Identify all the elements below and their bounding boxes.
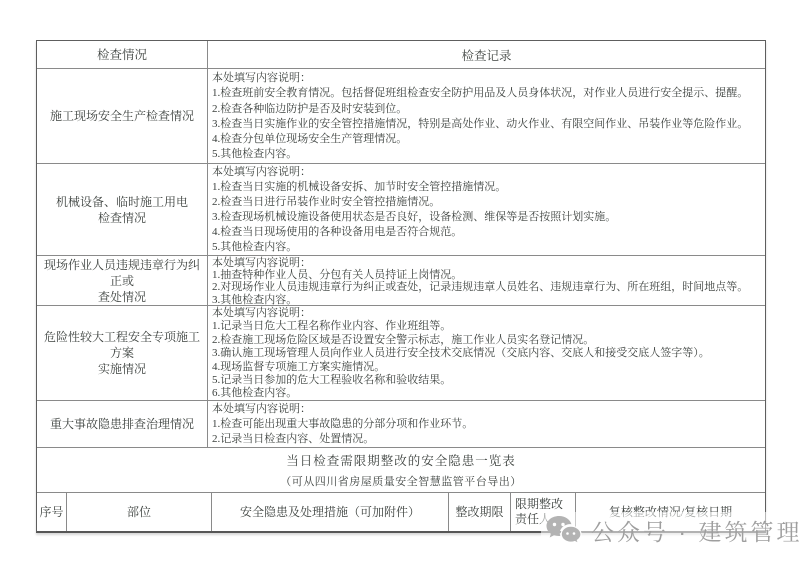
row-content-special-plan: 本处填写内容说明： 1.记录当日危大工程名称作业内容、作业班组等。 2.检查施工… [208, 306, 765, 400]
row-content-site-safety: 本处填写内容说明： 1.检查班前安全教育情况。包括督促班组检查安全防护用品及人员… [208, 69, 765, 163]
table-row: 施工现场安全生产检查情况 本处填写内容说明： 1.检查班前安全教育情况。包括督促… [37, 69, 765, 164]
header-situation: 检查情况 [37, 41, 208, 68]
row-label-special-plan: 危险性较大工程安全专项施工方案 实施情况 [37, 306, 208, 400]
column-hazard-measures: 安全隐患及处理措施（可加附件） [212, 493, 449, 531]
header-record: 检查记录 [208, 41, 765, 68]
watermark-text: 公众号 · 建筑管理 [591, 514, 800, 547]
document-page: 检查情况 检查记录 施工现场安全生产检查情况 本处填写内容说明： 1.检查班前安… [0, 0, 800, 565]
watermark: 公众号 · 建筑管理 [541, 512, 800, 549]
table-row: 机械设备、临时施工用电 检查情况 本处填写内容说明： 1.检查当日实施的机械设备… [37, 164, 765, 256]
inspection-table: 检查情况 检查记录 施工现场安全生产检查情况 本处填写内容说明： 1.检查班前安… [36, 40, 766, 533]
table-row: 重大事故隐患排查治理情况 本处填写内容说明： 1.检查可能出现重大事故隐患的分部… [37, 401, 765, 448]
rectification-section-header: 当日检查需限期整改的安全隐患一览表 （可从四川省房屋质量安全智慧监管平台导出） [37, 448, 765, 493]
wechat-icon [545, 515, 583, 547]
row-content-machinery-power: 本处填写内容说明： 1.检查当日实施的机械设备安拆、加节时安全管控措施情况。 2… [208, 164, 765, 255]
column-location: 部位 [67, 493, 212, 531]
row-content-major-hazard: 本处填写内容说明： 1.检查可能出现重大事故隐患的分部分项和作业环节。 2.记录… [208, 401, 765, 447]
row-label-violation-correction: 现场作业人员违规违章行为纠正或 查处情况 [37, 256, 208, 305]
column-rectify-deadline: 整改期限 [449, 493, 511, 531]
row-label-major-hazard: 重大事故隐患排查治理情况 [37, 401, 208, 447]
column-seq-number: 序号 [37, 493, 67, 531]
row-content-violation-correction: 本处填写内容说明： 1.抽查特种作业人员、分包有关人员持证上岗情况。 2.对现场… [208, 256, 765, 305]
table-row: 危险性较大工程安全专项施工方案 实施情况 本处填写内容说明： 1.记录当日危大工… [37, 306, 765, 401]
rectification-subtitle: （可从四川省房屋质量安全智慧监管平台导出） [280, 473, 522, 489]
rectification-title: 当日检查需限期整改的安全隐患一览表 [286, 451, 516, 469]
table-row: 现场作业人员违规违章行为纠正或 查处情况 本处填写内容说明： 1.抽查特种作业人… [37, 256, 765, 306]
table-header-row: 检查情况 检查记录 [37, 41, 765, 69]
row-label-machinery-power: 机械设备、临时施工用电 检查情况 [37, 164, 208, 255]
row-label-site-safety: 施工现场安全生产检查情况 [37, 69, 208, 163]
